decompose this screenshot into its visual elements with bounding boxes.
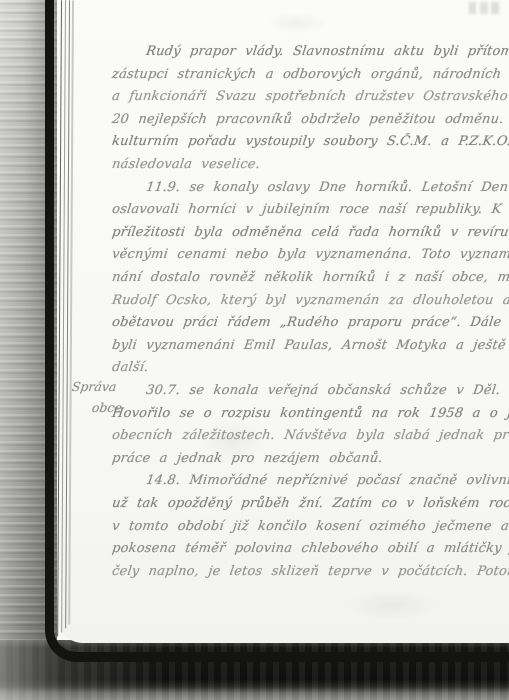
manuscript-line: věcnými cenami nebo byla vyznamenána. To… bbox=[110, 244, 509, 266]
manuscript-text: Správa obce Rudý prapor vlády. Slavnostn… bbox=[0, 0, 509, 700]
manuscript-line: následovala veselice. bbox=[110, 154, 261, 176]
manuscript-line: práce a jednak pro nezájem občanů. bbox=[110, 448, 384, 470]
manuscript-line: byli vyznamenáni Emil Paulas, Arnošt Mot… bbox=[110, 335, 507, 357]
manuscript-line: zástupci stranických a odborových orgánů… bbox=[110, 64, 509, 86]
manuscript-line: příležitosti byla odměněna celá řada hor… bbox=[110, 222, 509, 244]
manuscript-line: 30.7. se konala veřejná občanská schůze … bbox=[144, 380, 509, 402]
manuscript-line: pokosena téměř polovina chlebového obilí… bbox=[110, 538, 509, 560]
margin-note-line-1: Správa bbox=[71, 379, 118, 394]
manuscript-line: oslavovali horníci v jubilejním roce naš… bbox=[110, 199, 509, 221]
manuscript-lines: Rudý prapor vlády. Slavnostnímu aktu byl… bbox=[112, 41, 509, 611]
scanned-book-page: Správa obce Rudý prapor vlády. Slavnostn… bbox=[0, 0, 509, 700]
manuscript-line: 20 nejlepších pracovníků obdrželo peněži… bbox=[110, 109, 509, 131]
manuscript-line: 14.8. Mimořádné nepříznivé počasí značně… bbox=[144, 470, 509, 492]
manuscript-line: kulturním pořadu vystoupily soubory S.Č.… bbox=[110, 131, 509, 153]
manuscript-line: v tomto období již končilo kosení oziméh… bbox=[110, 516, 509, 538]
manuscript-line: Rudý prapor vlády. Slavnostnímu aktu byl… bbox=[144, 41, 509, 63]
manuscript-line: a funkcionáři Svazu spotřebních družstev… bbox=[110, 86, 509, 108]
manuscript-line: už tak opožděný průběh žní. Zatím co v l… bbox=[110, 493, 509, 515]
manuscript-line: nání dostalo rovněž několik horníků i z … bbox=[110, 267, 509, 289]
manuscript-line: další. bbox=[110, 357, 149, 379]
manuscript-line: čely naplno, je letos sklizeň teprve v p… bbox=[110, 561, 509, 583]
manuscript-line: obětavou práci řádem „Rudého praporu prá… bbox=[110, 312, 502, 334]
manuscript-line: 11.9. se konaly oslavy Dne horníků. Leto… bbox=[144, 177, 509, 199]
manuscript-line: obecních záležitostech. Návštěva byla sl… bbox=[110, 425, 509, 447]
manuscript-line: Hovořilo se o rozpisu kontingentů na rok… bbox=[110, 403, 509, 425]
manuscript-line: Rudolf Ocsko, který byl vyznamenán za dl… bbox=[110, 290, 509, 312]
